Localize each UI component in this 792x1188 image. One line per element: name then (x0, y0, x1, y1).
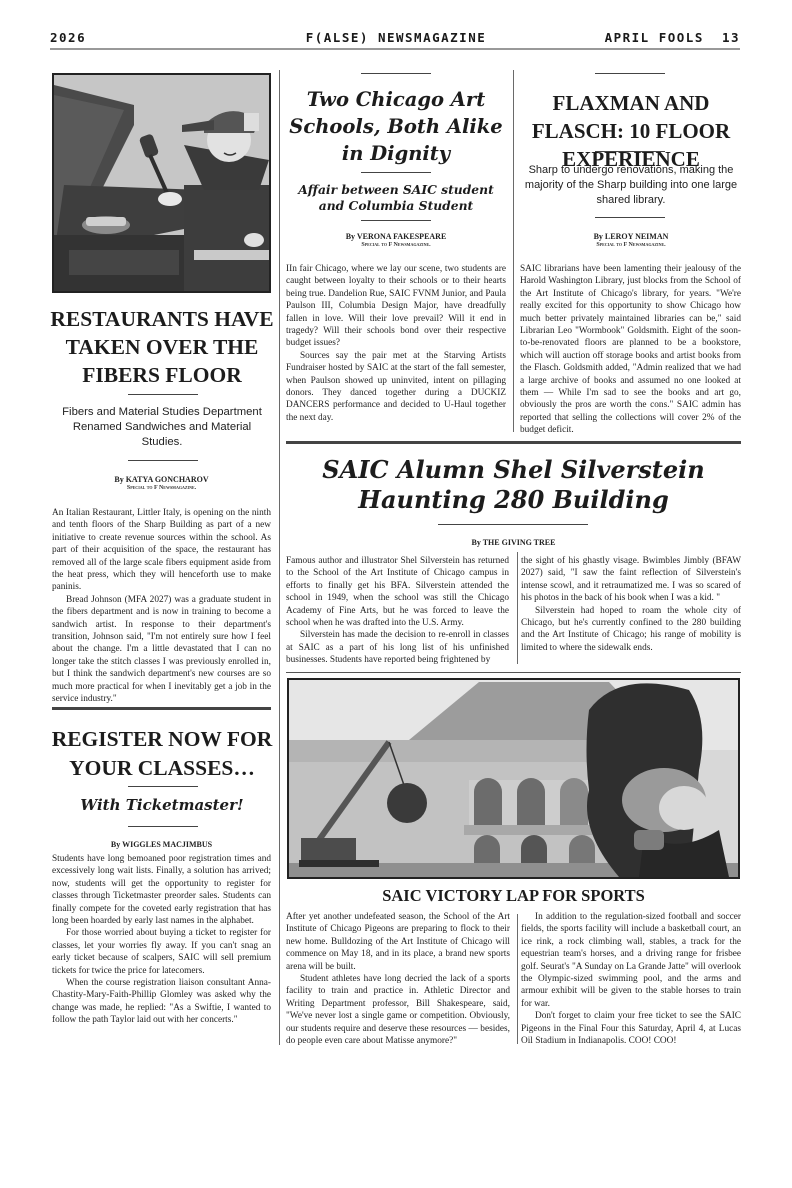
two-schools-rule-top (361, 73, 431, 74)
flaxman-rule-top (595, 73, 665, 74)
two-schools-rule-2 (361, 220, 431, 221)
two-schools-rule-1 (361, 172, 431, 173)
register-body: Students have long bemoaned poor registr… (52, 853, 271, 1027)
column-rule-sports (517, 914, 518, 1044)
register-byline: By WIGGLES MACJIMBUS (52, 840, 271, 849)
restaurants-byline-block: By KATYA GONCHAROV Special to F Newsmaga… (52, 475, 271, 491)
restaurants-special: Special to F Newsmagazine. (52, 485, 271, 491)
sports-paragraph: Don't forget to claim your free ticket t… (521, 1010, 741, 1047)
sports-headline: SAIC VICTORY LAP FOR SPORTS (286, 886, 741, 907)
column-rule-silverstein (517, 552, 518, 664)
flaxman-body: SAIC librarians have been lamenting thei… (520, 263, 741, 437)
register-rule-1 (128, 786, 198, 787)
restaurants-paragraph: An Italian Restaurant, Littler Italy, is… (52, 507, 271, 594)
two-schools-byline: By VERONA FAKESPEARE (286, 232, 506, 241)
column-rule-left (279, 70, 280, 1045)
sports-paragraph: In addition to the regulation-sized foot… (521, 911, 741, 1010)
two-schools-paragraph: IIn fair Chicago, where we lay our scene… (286, 263, 506, 350)
register-deck: With Ticketmaster! (48, 796, 276, 814)
two-schools-deck: Affair between SAIC student and Columbia… (286, 182, 506, 214)
sandwich-worker-illustration-icon (54, 75, 269, 291)
section-divider-silverstein (286, 441, 741, 444)
folio-section-label: APRIL FOOLS (605, 30, 704, 45)
silverstein-paragraph: the sight of his ghastly visage. Bwimble… (521, 555, 741, 605)
restaurants-paragraph: Bread Johnson (MFA 2027) was a graduate … (52, 594, 271, 706)
two-schools-byline-block: By VERONA FAKESPEARE Special to F Newsma… (286, 232, 506, 248)
register-paragraph: Students have long bemoaned poor registr… (52, 853, 271, 927)
flaxman-paragraph: SAIC librarians have been lamenting thei… (520, 263, 741, 437)
silverstein-col-2: the sight of his ghastly visage. Bwimble… (521, 555, 741, 654)
silverstein-byline: By THE GIVING TREE (286, 538, 741, 547)
silverstein-rule (438, 524, 588, 525)
register-rule-2 (128, 826, 198, 827)
two-schools-body: IIn fair Chicago, where we lay our scene… (286, 263, 506, 424)
register-paragraph: When the course registration liaison con… (52, 977, 271, 1027)
sports-illustration (287, 678, 740, 879)
restaurants-rule-2 (128, 460, 198, 461)
silverstein-headline: SAIC Alumn Shel Silverstein Haunting 280… (286, 455, 741, 515)
restaurants-rule-1 (128, 394, 198, 395)
silverstein-paragraph: Silverstein has made the decision to re-… (286, 629, 509, 666)
column-rule-top-right (513, 70, 514, 432)
two-schools-special: Special to F Newsmagazine. (286, 242, 506, 248)
sports-col-1: After yet another undefeated season, the… (286, 911, 510, 1047)
wrecking-ball-pigeon-illustration-icon (289, 680, 738, 877)
flaxman-special: Special to F Newsmagazine. (518, 242, 744, 248)
restaurants-byline: By KATYA GONCHAROV (52, 475, 271, 484)
sports-paragraph: Student athletes have long decried the l… (286, 973, 510, 1047)
restaurants-deck: Fibers and Material Studies Department R… (55, 405, 269, 450)
folio-rule (50, 48, 740, 50)
section-divider-sports (286, 672, 741, 673)
restaurants-headline: RESTAURANTS HAVE TAKEN OVER THE FIBERS F… (48, 305, 276, 389)
folio-page-number: 13 (722, 30, 740, 45)
silverstein-paragraph: Silverstein had hoped to roam the whole … (521, 605, 741, 655)
section-divider-left (52, 707, 271, 710)
two-schools-paragraph: Sources say the pair met at the Starving… (286, 350, 506, 424)
sports-paragraph: After yet another undefeated season, the… (286, 911, 510, 973)
restaurants-illustration (52, 73, 271, 293)
flaxman-byline: By LEROY NEIMAN (518, 232, 744, 241)
flaxman-rule-1 (595, 151, 665, 152)
silverstein-paragraph: Famous author and illustrator Shel Silve… (286, 555, 509, 629)
flaxman-headline: FLAXMAN AND FLASCH: 10 FLOOR EXPERIENCE (518, 89, 744, 173)
two-schools-headline: Two Chicago Art Schools, Both Alike in D… (286, 86, 506, 167)
silverstein-col-1: Famous author and illustrator Shel Silve… (286, 555, 509, 667)
flaxman-deck: Sharp to undergo renovations, making the… (522, 163, 740, 208)
register-headline: REGISTER NOW FOR YOUR CLASSES… (48, 725, 276, 783)
flaxman-rule-2 (595, 217, 665, 218)
flaxman-byline-block: By LEROY NEIMAN Special to F Newsmagazin… (518, 232, 744, 248)
sports-col-2: In addition to the regulation-sized foot… (521, 911, 741, 1047)
restaurants-body: An Italian Restaurant, Littler Italy, is… (52, 507, 271, 706)
folio-section: APRIL FOOLS 13 (605, 30, 740, 45)
register-paragraph: For those worried about buying a ticket … (52, 927, 271, 977)
